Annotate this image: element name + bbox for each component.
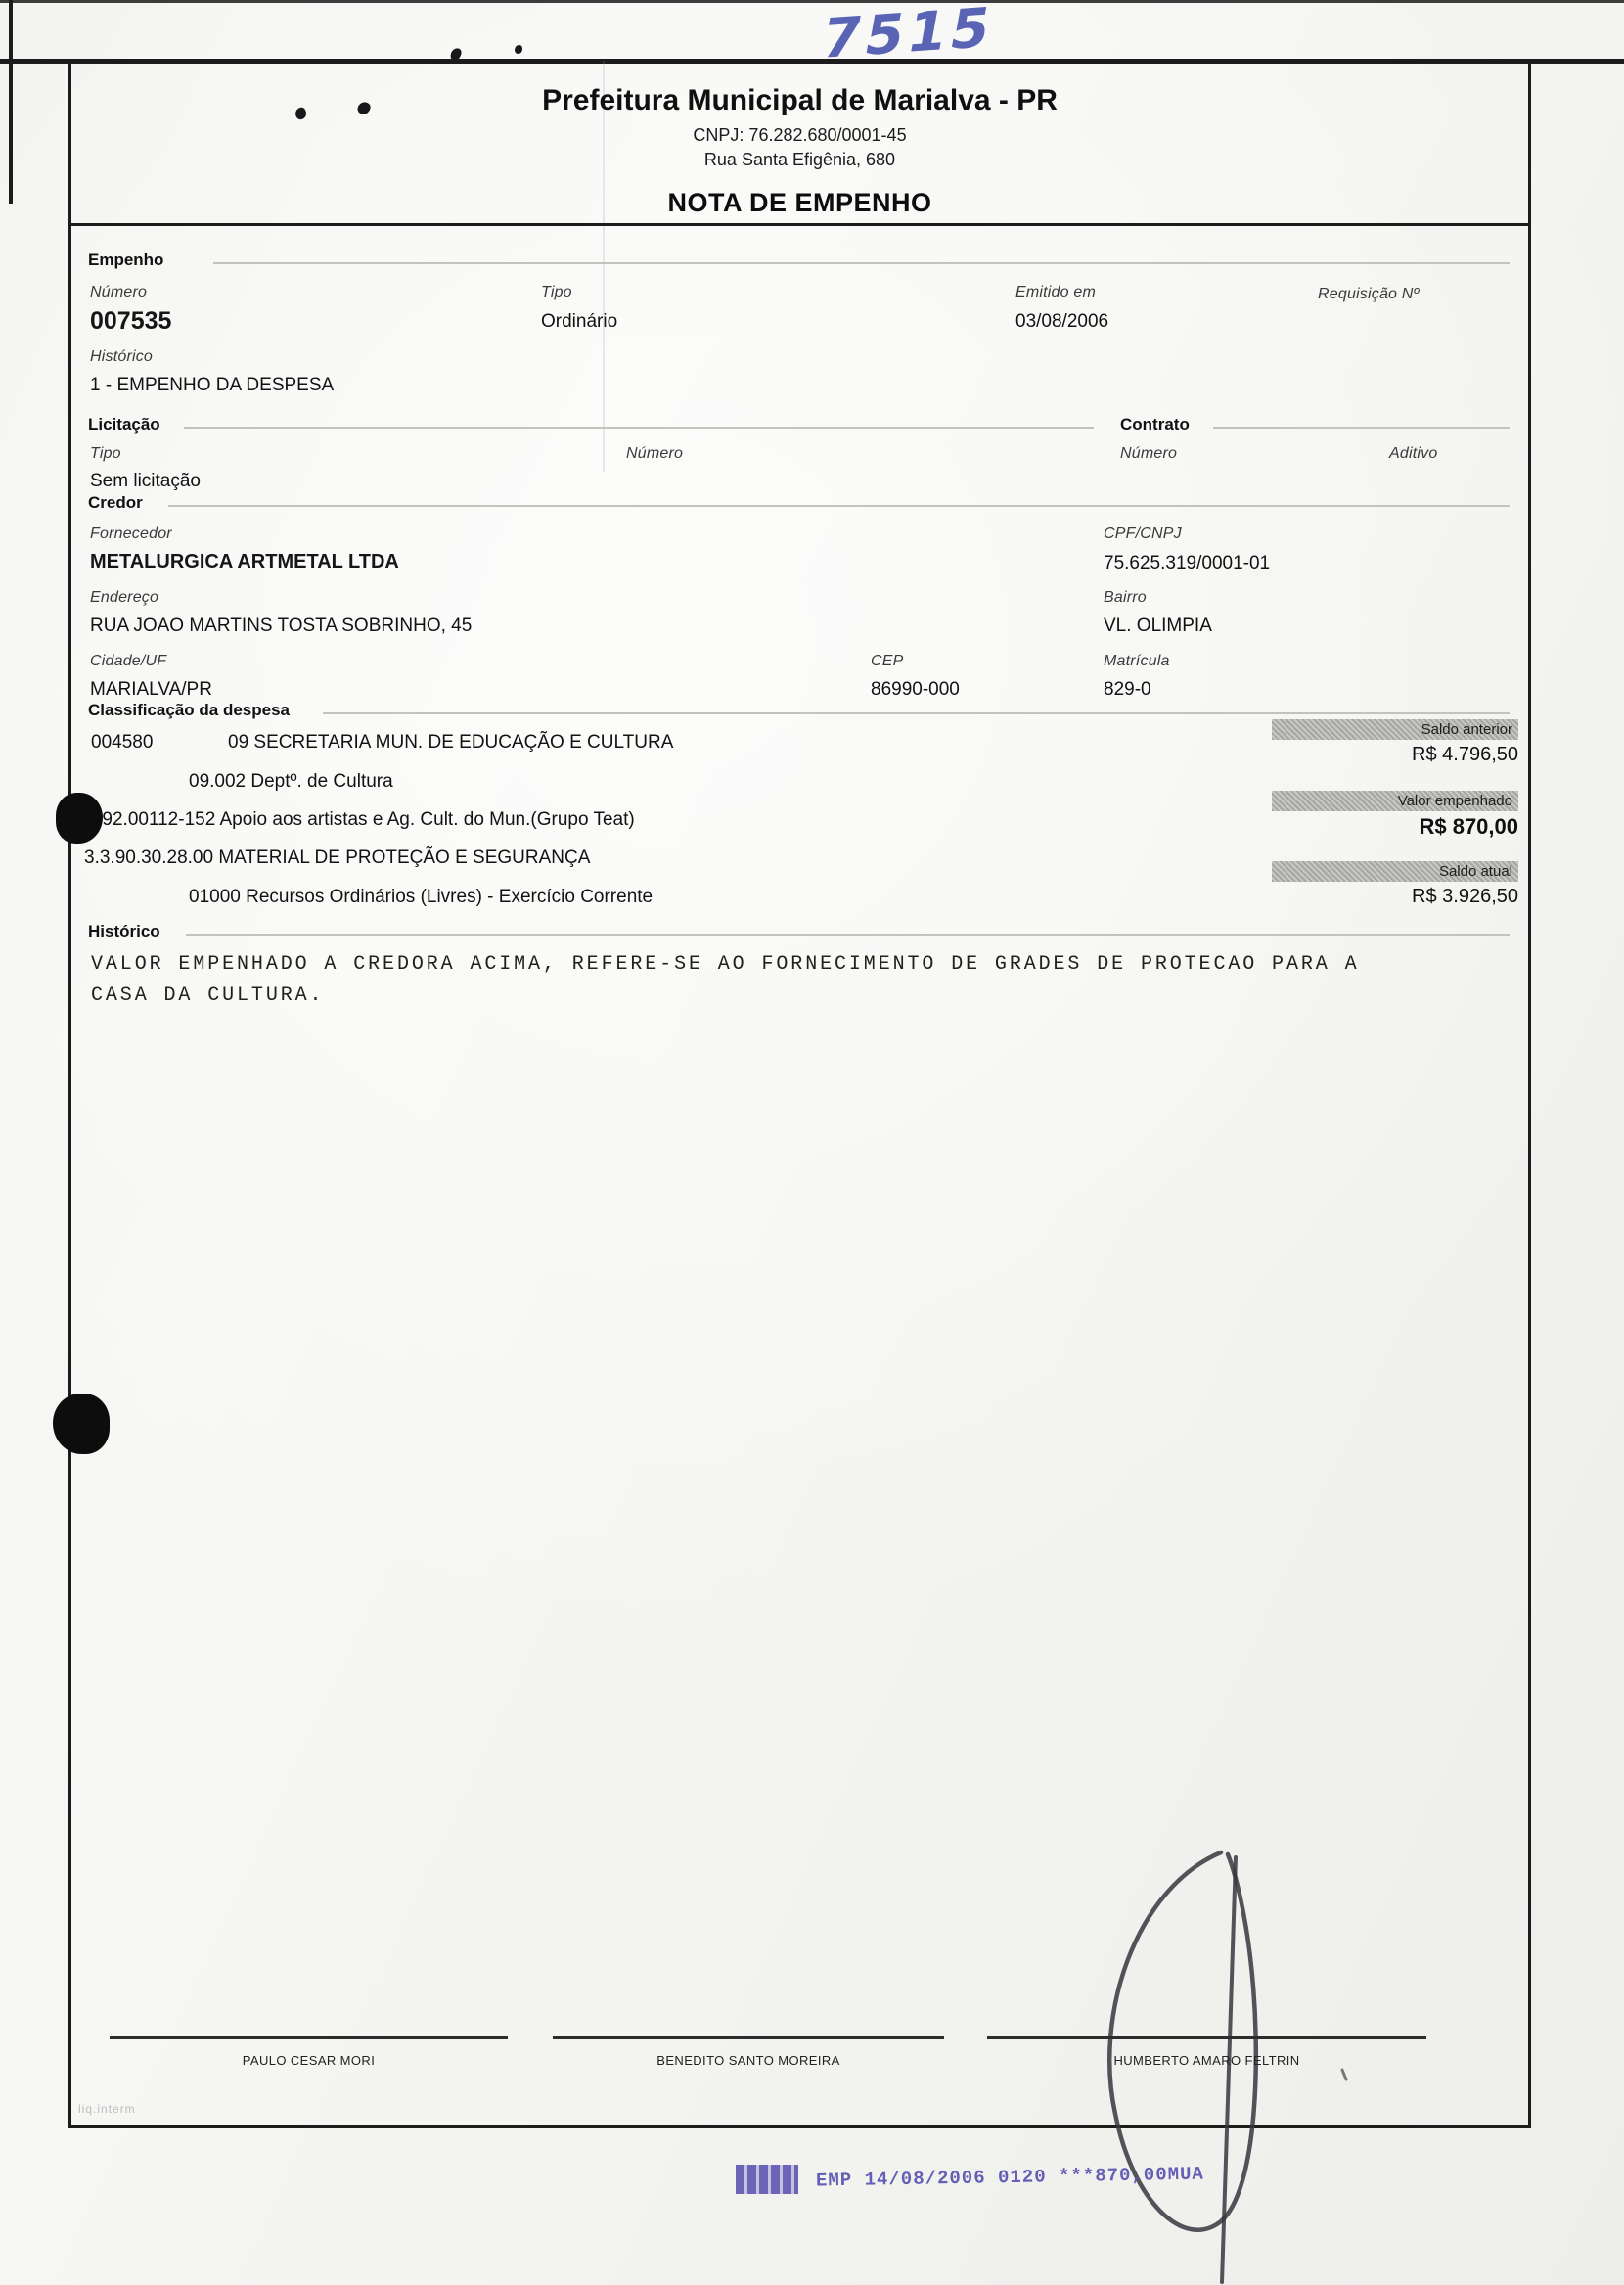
section-credor-label: Credor: [88, 493, 143, 513]
header-title: Prefeitura Municipal de Marialva - PR: [68, 84, 1531, 117]
saldo-anterior-value: R$ 4.796,50: [1272, 744, 1518, 766]
credor-fornecedor-value: METALURGICA ARTMETAL LTDA: [90, 551, 399, 573]
section-credor-rule: [168, 505, 1510, 507]
empenho-tipo-value: Ordinário: [541, 311, 617, 333]
empenho-historico-label: Histórico: [90, 348, 153, 366]
empenho-historico-value: 1 - EMPENHO DA DESPESA: [90, 375, 334, 396]
section-classificacao-label: Classificação da despesa: [88, 701, 290, 720]
section-classificacao-rule: [323, 712, 1510, 714]
saldo-atual-value: R$ 3.926,50: [1272, 886, 1518, 908]
signature-line: [110, 2036, 508, 2039]
scanned-document-page: 7515 Prefeitura Municipal de Marialva - …: [0, 0, 1624, 2285]
credor-cidade-label: Cidade/UF: [90, 653, 166, 670]
licitacao-numero-label: Número: [626, 445, 683, 463]
signature-name-3: HUMBERTO AMARO FELTRIN: [987, 2053, 1426, 2068]
saldo-atual-labelbar: Saldo atual: [1272, 861, 1518, 882]
header-address: Rua Santa Efigênia, 680: [68, 150, 1531, 170]
section-contrato-rule: [1213, 427, 1510, 429]
handwritten-number: 7515: [817, 0, 999, 71]
credor-cidade-value: MARIALVA/PR: [90, 679, 212, 701]
section-contrato-label: Contrato: [1120, 415, 1190, 434]
classificacao-linha5: 01000 Recursos Ordinários (Livres) - Exe…: [189, 887, 653, 908]
credor-matricula-label: Matrícula: [1104, 653, 1170, 670]
signature-line: [987, 2036, 1426, 2039]
saldo-anterior-labelbar: Saldo anterior: [1272, 719, 1518, 740]
document-left-border: [68, 59, 71, 2128]
licitacao-tipo-label: Tipo: [90, 445, 121, 463]
faint-footer-text: liq.interm: [78, 2102, 136, 2116]
licitacao-tipo-value: Sem licitação: [90, 471, 201, 492]
section-licitacao-rule: [184, 427, 1094, 429]
valor-empenhado-value: R$ 870,00: [1272, 814, 1518, 840]
credor-cep-label: CEP: [871, 653, 904, 670]
credor-bairro-label: Bairro: [1104, 589, 1147, 607]
credor-cep-value: 86990-000: [871, 679, 960, 701]
signature-name-1: PAULO CESAR MORI: [110, 2053, 508, 2068]
credor-cpfcnpj-value: 75.625.319/0001-01: [1104, 553, 1270, 574]
contrato-numero-label: Número: [1120, 445, 1177, 463]
signature-line: [553, 2036, 944, 2039]
credor-cpfcnpj-label: CPF/CNPJ: [1104, 526, 1182, 543]
classificacao-linha1-descricao: 09 SECRETARIA MUN. DE EDUCAÇÃO E CULTURA: [228, 732, 673, 754]
empenho-numero-value: 007535: [90, 307, 171, 336]
section-licitacao-label: Licitação: [88, 415, 160, 434]
credor-endereco-value: RUA JOAO MARTINS TOSTA SOBRINHO, 45: [90, 616, 472, 637]
empenho-numero-label: Número: [90, 284, 147, 301]
section-historico-label: Histórico: [88, 922, 160, 941]
credor-bairro-value: VL. OLIMPIA: [1104, 616, 1212, 637]
header-divider: [71, 223, 1528, 226]
empenho-emitido-value: 03/08/2006: [1015, 311, 1108, 333]
classificacao-linha3: 3.392.00112-152 Apoio aos artistas e Ag.…: [76, 809, 635, 831]
classificacao-linha4: 3.3.90.30.28.00 MATERIAL DE PROTEÇÃO E S…: [84, 847, 590, 869]
empenho-tipo-label: Tipo: [541, 284, 572, 301]
empenho-emitido-label: Emitido em: [1015, 284, 1096, 301]
document-top-line: [0, 59, 1624, 64]
ink-blot: [53, 1394, 110, 1454]
ink-blot: [56, 793, 103, 844]
scan-left-edge: [9, 0, 13, 204]
credor-fornecedor-label: Fornecedor: [90, 526, 172, 543]
contrato-aditivo-label: Aditivo: [1389, 445, 1437, 463]
document-right-border: [1528, 59, 1531, 2128]
historico-text-line2: CASA DA CULTURA.: [91, 984, 324, 1007]
credor-matricula-value: 829-0: [1104, 679, 1151, 701]
section-historico-rule: [186, 934, 1510, 936]
empenho-requisicao-label: Requisição Nº: [1318, 286, 1420, 303]
valor-empenhado-labelbar: Valor empenhado: [1272, 791, 1518, 811]
classificacao-linha1-codigo: 004580: [91, 732, 153, 754]
header: Prefeitura Municipal de Marialva - PR CN…: [68, 84, 1531, 218]
signature-name-2: BENEDITO SANTO MOREIRA: [553, 2053, 944, 2068]
credor-endereco-label: Endereço: [90, 589, 158, 607]
section-empenho-label: Empenho: [88, 251, 163, 270]
section-empenho-rule: [213, 262, 1510, 264]
doc-title: NOTA DE EMPENHO: [68, 188, 1531, 218]
classificacao-linha2: 09.002 Deptº. de Cultura: [189, 771, 393, 793]
historico-text-line1: VALOR EMPENHADO A CREDORA ACIMA, REFERE-…: [91, 953, 1359, 976]
scan-top-edge: [0, 0, 1624, 3]
header-cnpj: CNPJ: 76.282.680/0001-45: [68, 125, 1531, 146]
bank-stamp-block: [736, 2165, 798, 2194]
ink-speck: [515, 45, 522, 54]
